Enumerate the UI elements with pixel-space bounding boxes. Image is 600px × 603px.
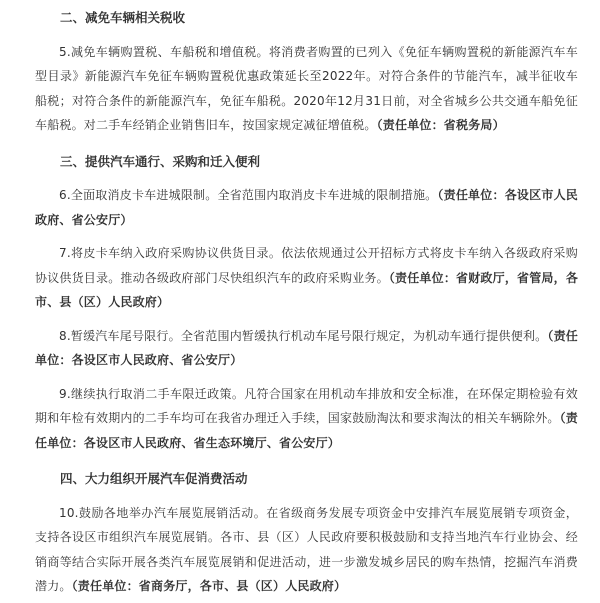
paragraph-text: 9.继续执行取消二手车限迁政策。凡符合国家在用机动车排放和安全标准，在环保定期检… — [35, 387, 578, 426]
document-page: 二、减免车辆相关税收 5.减免车辆购置税、车船税和增值税。将消费者购置的已列入《… — [0, 0, 600, 603]
paragraph-text: 8.暂缓汽车尾号限行。全省范围内暂缓执行机动车尾号限行规定，为机动车通行提供便利… — [59, 329, 547, 343]
section-heading-4: 四、大力组织开展汽车促消费活动 — [35, 467, 578, 492]
policy-paragraph-5: 5.减免车辆购置税、车船税和增值税。将消费者购置的已列入《免征车辆购置税的新能源… — [35, 40, 578, 138]
policy-paragraph-8: 8.暂缓汽车尾号限行。全省范围内暂缓执行机动车尾号限行规定，为机动车通行提供便利… — [35, 324, 578, 373]
section-heading-2: 二、减免车辆相关税收 — [35, 6, 578, 31]
policy-paragraph-7: 7.将皮卡车纳入政府采购协议供货目录。依法依规通过公开招标方式将皮卡车纳入各级政… — [35, 241, 578, 315]
responsible-unit: （责任单位：省税务局） — [377, 118, 505, 132]
policy-paragraph-6: 6.全面取消皮卡车进城限制。全省范围内取消皮卡车进城的限制措施。（责任单位：各设… — [35, 183, 578, 232]
policy-paragraph-10: 10.鼓励各地举办汽车展览展销活动。在省级商务发展专项资金中安排汽车展览展销专项… — [35, 501, 578, 599]
section-heading-3: 三、提供汽车通行、采购和迁入便利 — [35, 150, 578, 175]
policy-paragraph-9: 9.继续执行取消二手车限迁政策。凡符合国家在用机动车排放和安全标准，在环保定期检… — [35, 382, 578, 456]
responsible-unit: （责任单位：省商务厅，各市、县（区）人民政府） — [72, 579, 347, 593]
paragraph-text: 6.全面取消皮卡车进城限制。全省范围内取消皮卡车进城的限制措施。 — [59, 188, 437, 202]
